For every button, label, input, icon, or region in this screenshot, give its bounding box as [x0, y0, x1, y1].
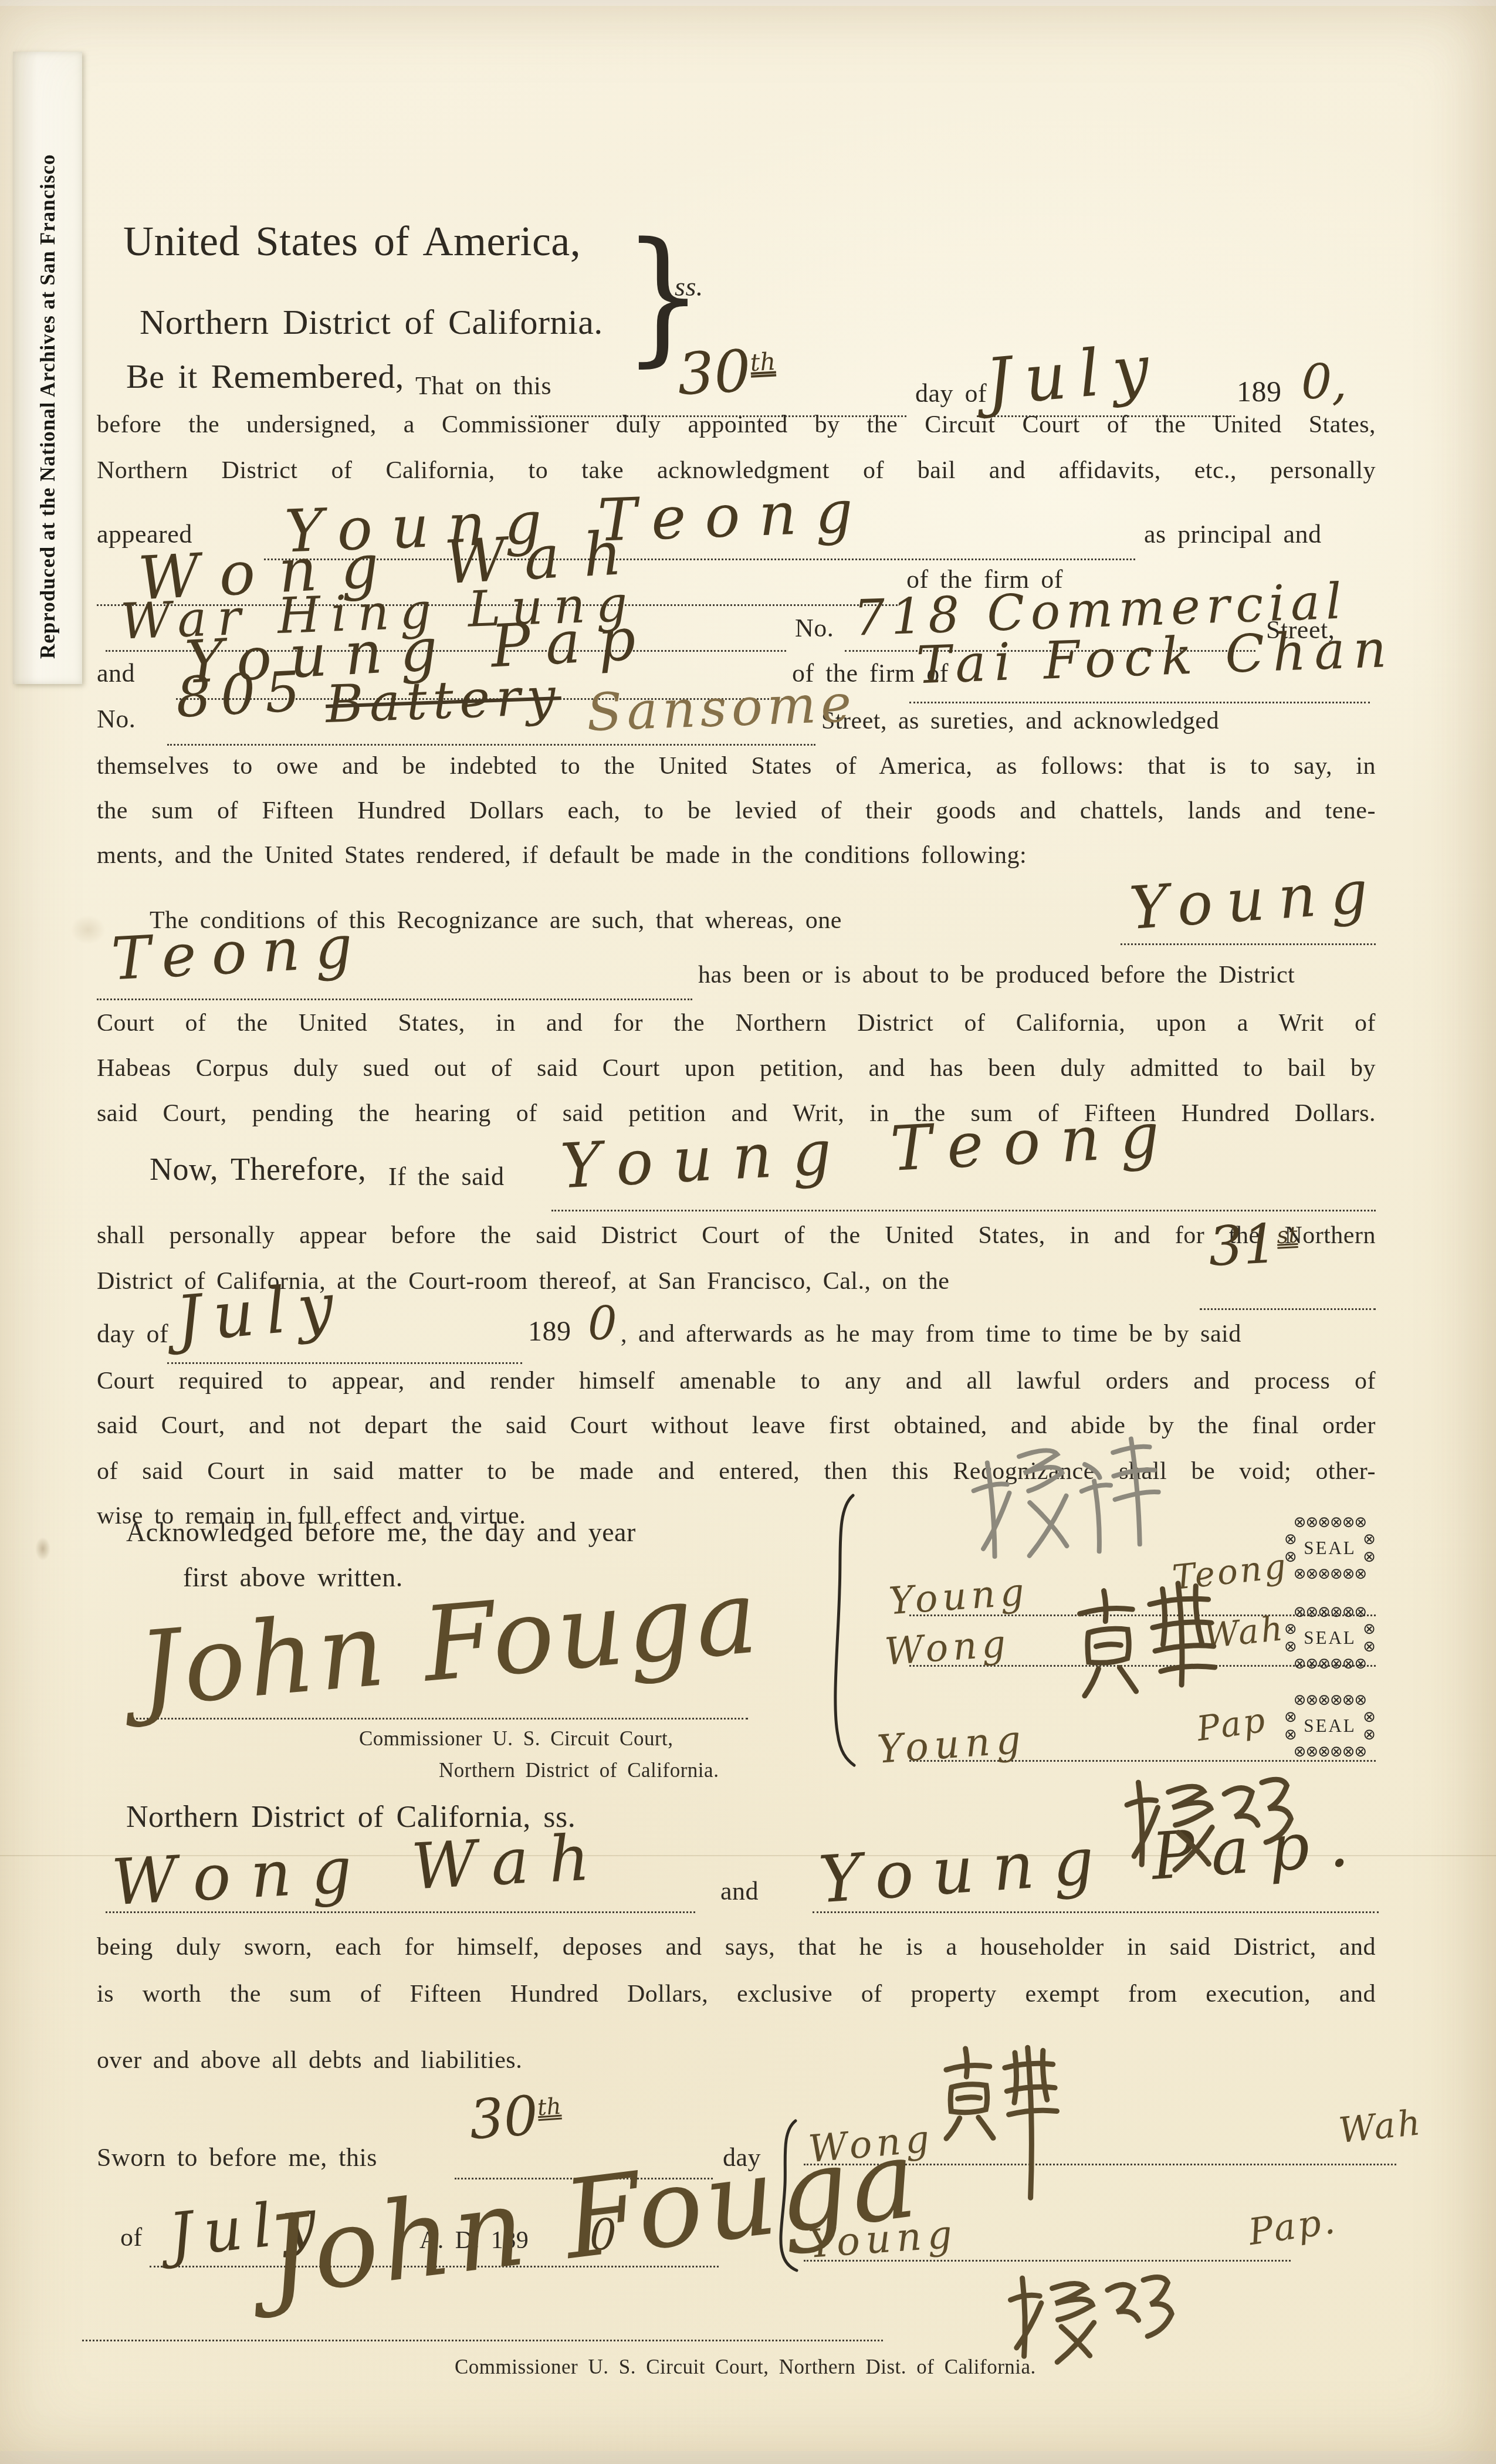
that-on-this: That on this: [415, 371, 551, 401]
p2-line3: Court of the United States, in and for t…: [97, 1009, 1376, 1037]
p3-line5: Court required to appear, and render him…: [97, 1367, 1376, 1395]
seal-border-icon: ⊗⊗: [1363, 1531, 1376, 1566]
if-the-said: If the said: [388, 1162, 504, 1192]
seal-border-icon: ⊗⊗: [1363, 1708, 1376, 1744]
be-it-remembered: Be it Remembered,: [126, 357, 404, 396]
hw-addr2-number: 805: [174, 659, 311, 730]
hw-sworn-day: 30th: [467, 2083, 564, 2152]
commissioner-title-3: Commissioner U. S. Circuit Court, Northe…: [455, 2355, 1036, 2379]
no2-label: No.: [97, 704, 136, 734]
p1-line10: the sum of Fifteen Hundred Dollars each,…: [97, 797, 1376, 825]
archival-strip-label: Reproduced at the National Archives at S…: [36, 154, 60, 659]
hw-p3-month: July: [173, 1269, 348, 1357]
hw-whereas-name-1: Young: [1127, 857, 1383, 943]
as-principal-label: as principal and: [1144, 519, 1322, 549]
hw-addr2-struck-street: Battery: [324, 666, 562, 735]
hw-addr2-corrected-street: Sansome: [585, 673, 857, 743]
hw-p3-year-digit: 0: [588, 1298, 617, 1351]
street2-label: Street, as sureties, and acknowledged: [821, 707, 1219, 735]
hw-jurat-sig-wah: Wah: [1337, 2102, 1424, 2152]
hw-appearance-date: 31st: [1207, 1211, 1299, 1278]
ink-hanzi-young-pap: [1120, 1757, 1298, 1880]
p1-line2: before the undersigned, a Commissioner d…: [97, 411, 1376, 439]
notary-seal-1: ⊗⊗⊗⊗⊗⊗ ⊗⊗ SEAL ⊗⊗ ⊗⊗⊗⊗⊗⊗: [1284, 1515, 1376, 1582]
seal-border-icon: ⊗⊗⊗⊗⊗⊗: [1284, 1566, 1376, 1582]
hw-jurat-name1: Wong Wah: [110, 1820, 611, 1920]
ink-hanzi-wong-wah-2: [935, 2033, 1064, 2208]
paper-stain: [70, 915, 106, 945]
p3-year-printed: 189: [528, 1315, 571, 1348]
notary-seal-3: ⊗⊗⊗⊗⊗⊗ ⊗⊗ SEAL ⊗⊗ ⊗⊗⊗⊗⊗⊗: [1284, 1693, 1376, 1759]
blank-line: [909, 702, 1370, 703]
jurat-line3: over and above all debts and liabilities…: [97, 2046, 522, 2074]
seal-border-icon: ⊗⊗⊗⊗⊗⊗: [1284, 1693, 1376, 1708]
seal-border-icon: ⊗⊗⊗⊗⊗⊗: [1284, 1605, 1376, 1620]
year-printed: 189: [1237, 374, 1282, 408]
day-of-label: day of: [915, 378, 987, 408]
blank-line: [1121, 943, 1376, 945]
p1-line9: themselves to owe and be indebted to the…: [97, 752, 1376, 780]
document-page: { "archival_strip": { "text": "Reproduce…: [0, 0, 1496, 2464]
seal-label: SEAL: [1304, 1715, 1356, 1737]
seal-border-icon: ⊗⊗⊗⊗⊗⊗: [1284, 1744, 1376, 1759]
p3-day-of: day of: [97, 1319, 168, 1349]
blank-line: [167, 744, 815, 746]
and-label: and: [97, 658, 135, 688]
hw-sig-pap-1: Pap: [1194, 1700, 1270, 1749]
p3-line4: , and afterwards as he may from time to …: [621, 1320, 1241, 1348]
ack-line2: first above written.: [183, 1562, 403, 1593]
jurat-and-label: and: [720, 1876, 759, 1906]
hw-jurat-sig-pap: Pap.: [1246, 2199, 1340, 2253]
hw-sig-wong-1: Wong: [884, 1622, 1012, 1674]
p3-line2: shall personally appear before the said …: [97, 1221, 1376, 1250]
seal-border-icon: ⊗⊗: [1284, 1708, 1297, 1744]
pencil-hanzi-yang-cheung: [962, 1421, 1168, 1576]
ink-hanzi-wong-wah: [1069, 1575, 1223, 1705]
hw-whereas-name-2: Teong: [110, 912, 369, 994]
p1-line3: Northern District of California, to take…: [97, 456, 1376, 485]
hw-year-digit: 0,: [1301, 355, 1347, 411]
hw-day-number: 30th: [676, 337, 777, 409]
signature-line: [82, 2340, 883, 2341]
seal-label: SEAL: [1304, 1627, 1356, 1649]
p3-line6: said Court, and not depart the said Cour…: [97, 1412, 1376, 1440]
seal-border-icon: ⊗⊗⊗⊗⊗⊗: [1284, 1515, 1376, 1530]
paper-stain: [35, 1537, 50, 1561]
blank-line: [97, 999, 692, 1000]
blank-line: [167, 1362, 522, 1364]
blank-line: [551, 1210, 1376, 1211]
seal-label: SEAL: [1304, 1538, 1356, 1559]
jurat-line1: being duly sworn, each for himself, depo…: [97, 1933, 1376, 1961]
notary-seal-2: ⊗⊗⊗⊗⊗⊗ ⊗⊗ SEAL ⊗⊗ ⊗⊗⊗⊗⊗⊗: [1284, 1605, 1376, 1671]
no1-label: No.: [795, 613, 834, 643]
jurat-line2: is worth the sum of Fifteen Hundred Doll…: [97, 1980, 1376, 2008]
of-label: of: [120, 2222, 143, 2252]
sworn-label: Sworn to before me, this: [97, 2143, 377, 2172]
ink-hanzi-young-pap-2: [1005, 2257, 1180, 2372]
p3-line7: of said Court in said matter to be made …: [97, 1457, 1376, 1485]
p1-line11: ments, and the United States rendered, i…: [97, 841, 1027, 869]
hw-month: July: [983, 330, 1165, 420]
header-line2: Northern District of California.: [140, 302, 603, 343]
scan-edge-bottom: [0, 2451, 1496, 2464]
p2-line4: Habeas Corpus duly sued out of said Cour…: [97, 1054, 1376, 1082]
archival-strip: Reproduced at the National Archives at S…: [13, 52, 82, 684]
seal-border-icon: ⊗⊗: [1284, 1620, 1297, 1656]
signature-brace-icon: [826, 1493, 861, 1769]
header-line1: United States of America,: [123, 217, 581, 266]
blank-line: [1200, 1308, 1376, 1310]
ack-line1: Acknowledged before me, the day and year: [126, 1517, 636, 1548]
commissioner-title-1: Commissioner U. S. Circuit Court,: [359, 1727, 673, 1751]
seal-border-icon: ⊗⊗: [1363, 1620, 1376, 1656]
now-therefore: Now, Therefore,: [150, 1151, 366, 1187]
commissioner-title-2: Northern District of California.: [439, 1759, 719, 1782]
header-ss-label: ss.: [675, 271, 703, 302]
scan-edge-top: [0, 0, 1496, 6]
seal-border-icon: ⊗⊗⊗⊗⊗⊗: [1284, 1656, 1376, 1671]
p2-line2: has been or is about to be produced befo…: [698, 961, 1295, 989]
hw-sig-young-2: Young: [876, 1717, 1028, 1772]
